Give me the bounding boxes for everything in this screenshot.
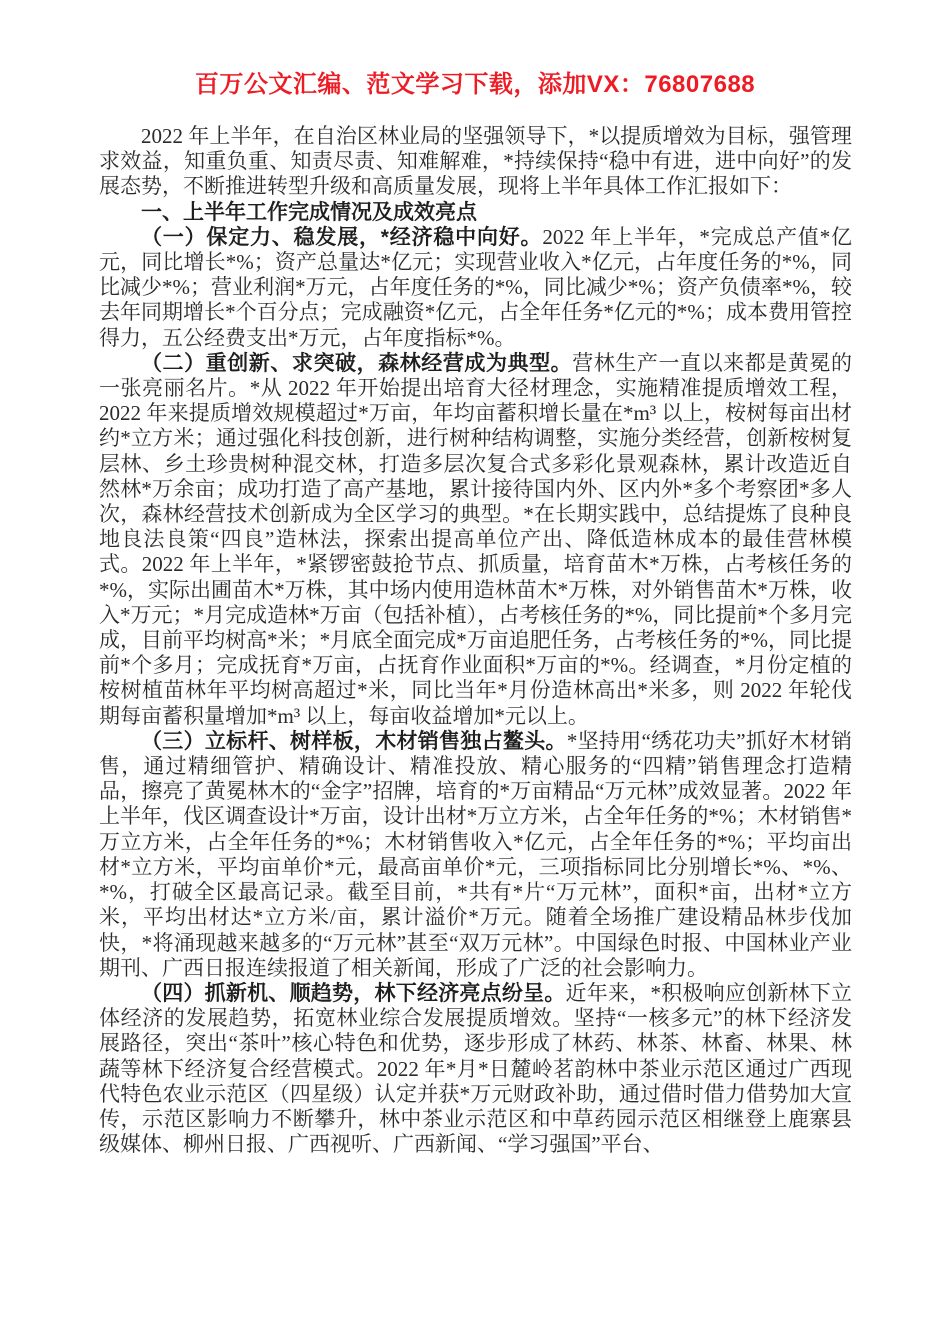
- report-item-1: （一）保定力、稳发展，*经济稳中向好。2022 年上半年，*完成总产值*亿元，同…: [99, 225, 852, 351]
- report-item-4: （四）抓新机、顺趋势，林下经济亮点纷呈。近年来，*积极响应创新林下立体经济的发展…: [99, 981, 852, 1157]
- report-item-4-body: 近年来，*积极响应创新林下立体经济的发展趋势，拓宽林业综合发展提质增效。坚持“一…: [99, 981, 852, 1156]
- report-item-3: （三）立标杆、树样板，木材销售独占鳌头。*坚持用“绣花功夫”抓好木材销售，通过精…: [99, 729, 852, 981]
- report-item-2: （二）重创新、求突破，森林经营成为典型。营林生产一直以来都是黄冕的一张亮丽名片。…: [99, 351, 852, 729]
- document-page: 百万公文汇编、范文学习下载，添加VX：76807688 2022 年上半年，在自…: [0, 0, 950, 1344]
- promo-notice-text: 百万公文汇编、范文学习下载，添加VX：76807688: [0, 64, 950, 99]
- report-item-1-lead: （一）保定力、稳发展，*经济稳中向好。: [141, 226, 542, 249]
- report-item-2-body: 营林生产一直以来都是黄冕的一张亮丽名片。*从 2022 年开始提出培育大径材理念…: [99, 351, 852, 728]
- document-body: 2022 年上半年，在自治区林业局的坚强领导下，*以提质增效为目标，强管理求效益…: [99, 124, 852, 1157]
- report-item-2-lead: （二）重创新、求突破，森林经营成为典型。: [141, 352, 572, 375]
- report-item-4-lead: （四）抓新机、顺趋势，林下经济亮点纷呈。: [141, 982, 566, 1005]
- report-item-3-body: *坚持用“绣花功夫”抓好木材销售，通过精细管护、精确设计、精准投放、精心服务的“…: [99, 729, 852, 980]
- report-item-3-lead: （三）立标杆、树样板，木材销售独占鳌头。: [141, 730, 567, 753]
- section-heading: 一、上半年工作完成情况及成效亮点: [99, 200, 852, 225]
- intro-paragraph: 2022 年上半年，在自治区林业局的坚强领导下，*以提质增效为目标，强管理求效益…: [99, 124, 852, 200]
